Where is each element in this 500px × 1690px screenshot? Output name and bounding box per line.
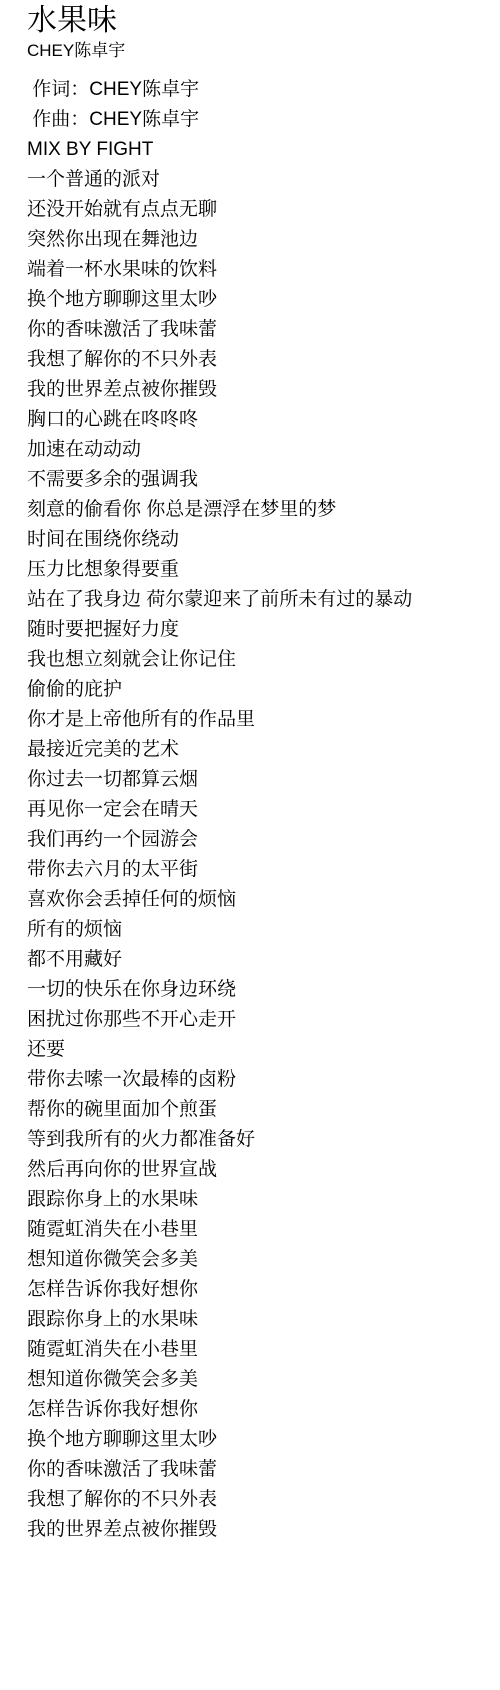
lyric-line: 加速在动动动 — [27, 435, 480, 465]
lyric-line: 我的世界差点被你摧毁 — [27, 375, 480, 405]
lyric-line: 然后再向你的世界宣战 — [27, 1155, 480, 1185]
lyric-line: 带你去嗦一次最棒的卤粉 — [27, 1065, 480, 1095]
lyric-line: 你才是上帝他所有的作品里 — [27, 705, 480, 735]
lyric-line: 我也想立刻就会让你记住 — [27, 645, 480, 675]
lyric-line: 一切的快乐在你身边环绕 — [27, 975, 480, 1005]
lyric-line: 喜欢你会丢掉任何的烦恼 — [27, 885, 480, 915]
lyric-line: 胸口的心跳在咚咚咚 — [27, 405, 480, 435]
lyric-line: 随时要把握好力度 — [27, 615, 480, 645]
lyric-line: 最接近完美的艺术 — [27, 735, 480, 765]
lyric-line: 一个普通的派对 — [27, 165, 480, 195]
lyric-line: 站在了我身边 荷尔蒙迎来了前所未有过的暴动 — [27, 585, 480, 615]
lyric-line: 不需要多余的强调我 — [27, 465, 480, 495]
song-artist: CHEY陈卓宇 — [27, 40, 480, 62]
lyric-line: 突然你出现在舞池边 — [27, 225, 480, 255]
lyric-line: 你的香味激活了我味蕾 — [27, 315, 480, 345]
lyric-line: 端着一杯水果味的饮料 — [27, 255, 480, 285]
lyric-line: 想知道你微笑会多美 — [27, 1365, 480, 1395]
lyric-line: 我的世界差点被你摧毁 — [27, 1515, 480, 1545]
lyric-line: 换个地方聊聊这里太吵 — [27, 285, 480, 315]
lyric-line: 我想了解你的不只外表 — [27, 345, 480, 375]
lyric-line: 压力比想象得要重 — [27, 555, 480, 585]
lyric-line: 作曲：CHEY陈卓宇 — [27, 105, 480, 135]
lyric-line: 我想了解你的不只外表 — [27, 1485, 480, 1515]
lyrics-page: 水果味 CHEY陈卓宇 作词：CHEY陈卓宇 作曲：CHEY陈卓宇MIX BY … — [0, 0, 500, 1690]
lyric-line: 你的香味激活了我味蕾 — [27, 1455, 480, 1485]
lyric-line: 想知道你微笑会多美 — [27, 1245, 480, 1275]
lyrics-body: 作词：CHEY陈卓宇 作曲：CHEY陈卓宇MIX BY FIGHT一个普通的派对… — [27, 75, 480, 1545]
lyric-line: 都不用藏好 — [27, 945, 480, 975]
lyric-line: 跟踪你身上的水果味 — [27, 1185, 480, 1215]
lyric-line: 还没开始就有点点无聊 — [27, 195, 480, 225]
lyric-line: 带你去六月的太平街 — [27, 855, 480, 885]
lyric-line: 怎样告诉你我好想你 — [27, 1395, 480, 1425]
song-title: 水果味 — [27, 2, 480, 40]
lyric-line: 再见你一定会在晴天 — [27, 795, 480, 825]
lyric-line: 你过去一切都算云烟 — [27, 765, 480, 795]
lyric-line: 我们再约一个园游会 — [27, 825, 480, 855]
lyric-line: 怎样告诉你我好想你 — [27, 1275, 480, 1305]
lyric-line: 等到我所有的火力都准备好 — [27, 1125, 480, 1155]
lyric-line: 困扰过你那些不开心走开 — [27, 1005, 480, 1035]
lyric-line: 偷偷的庇护 — [27, 675, 480, 705]
lyric-line: 随霓虹消失在小巷里 — [27, 1215, 480, 1245]
lyric-line: 作词：CHEY陈卓宇 — [27, 75, 480, 105]
lyric-line: 所有的烦恼 — [27, 915, 480, 945]
lyric-line: 时间在围绕你绕动 — [27, 525, 480, 555]
lyric-line: 还要 — [27, 1035, 480, 1065]
lyric-line: MIX BY FIGHT — [27, 135, 480, 165]
lyric-line: 换个地方聊聊这里太吵 — [27, 1425, 480, 1455]
lyric-line: 随霓虹消失在小巷里 — [27, 1335, 480, 1365]
lyric-line: 刻意的偷看你 你总是漂浮在梦里的梦 — [27, 495, 480, 525]
lyric-line: 帮你的碗里面加个煎蛋 — [27, 1095, 480, 1125]
lyric-line: 跟踪你身上的水果味 — [27, 1305, 480, 1335]
